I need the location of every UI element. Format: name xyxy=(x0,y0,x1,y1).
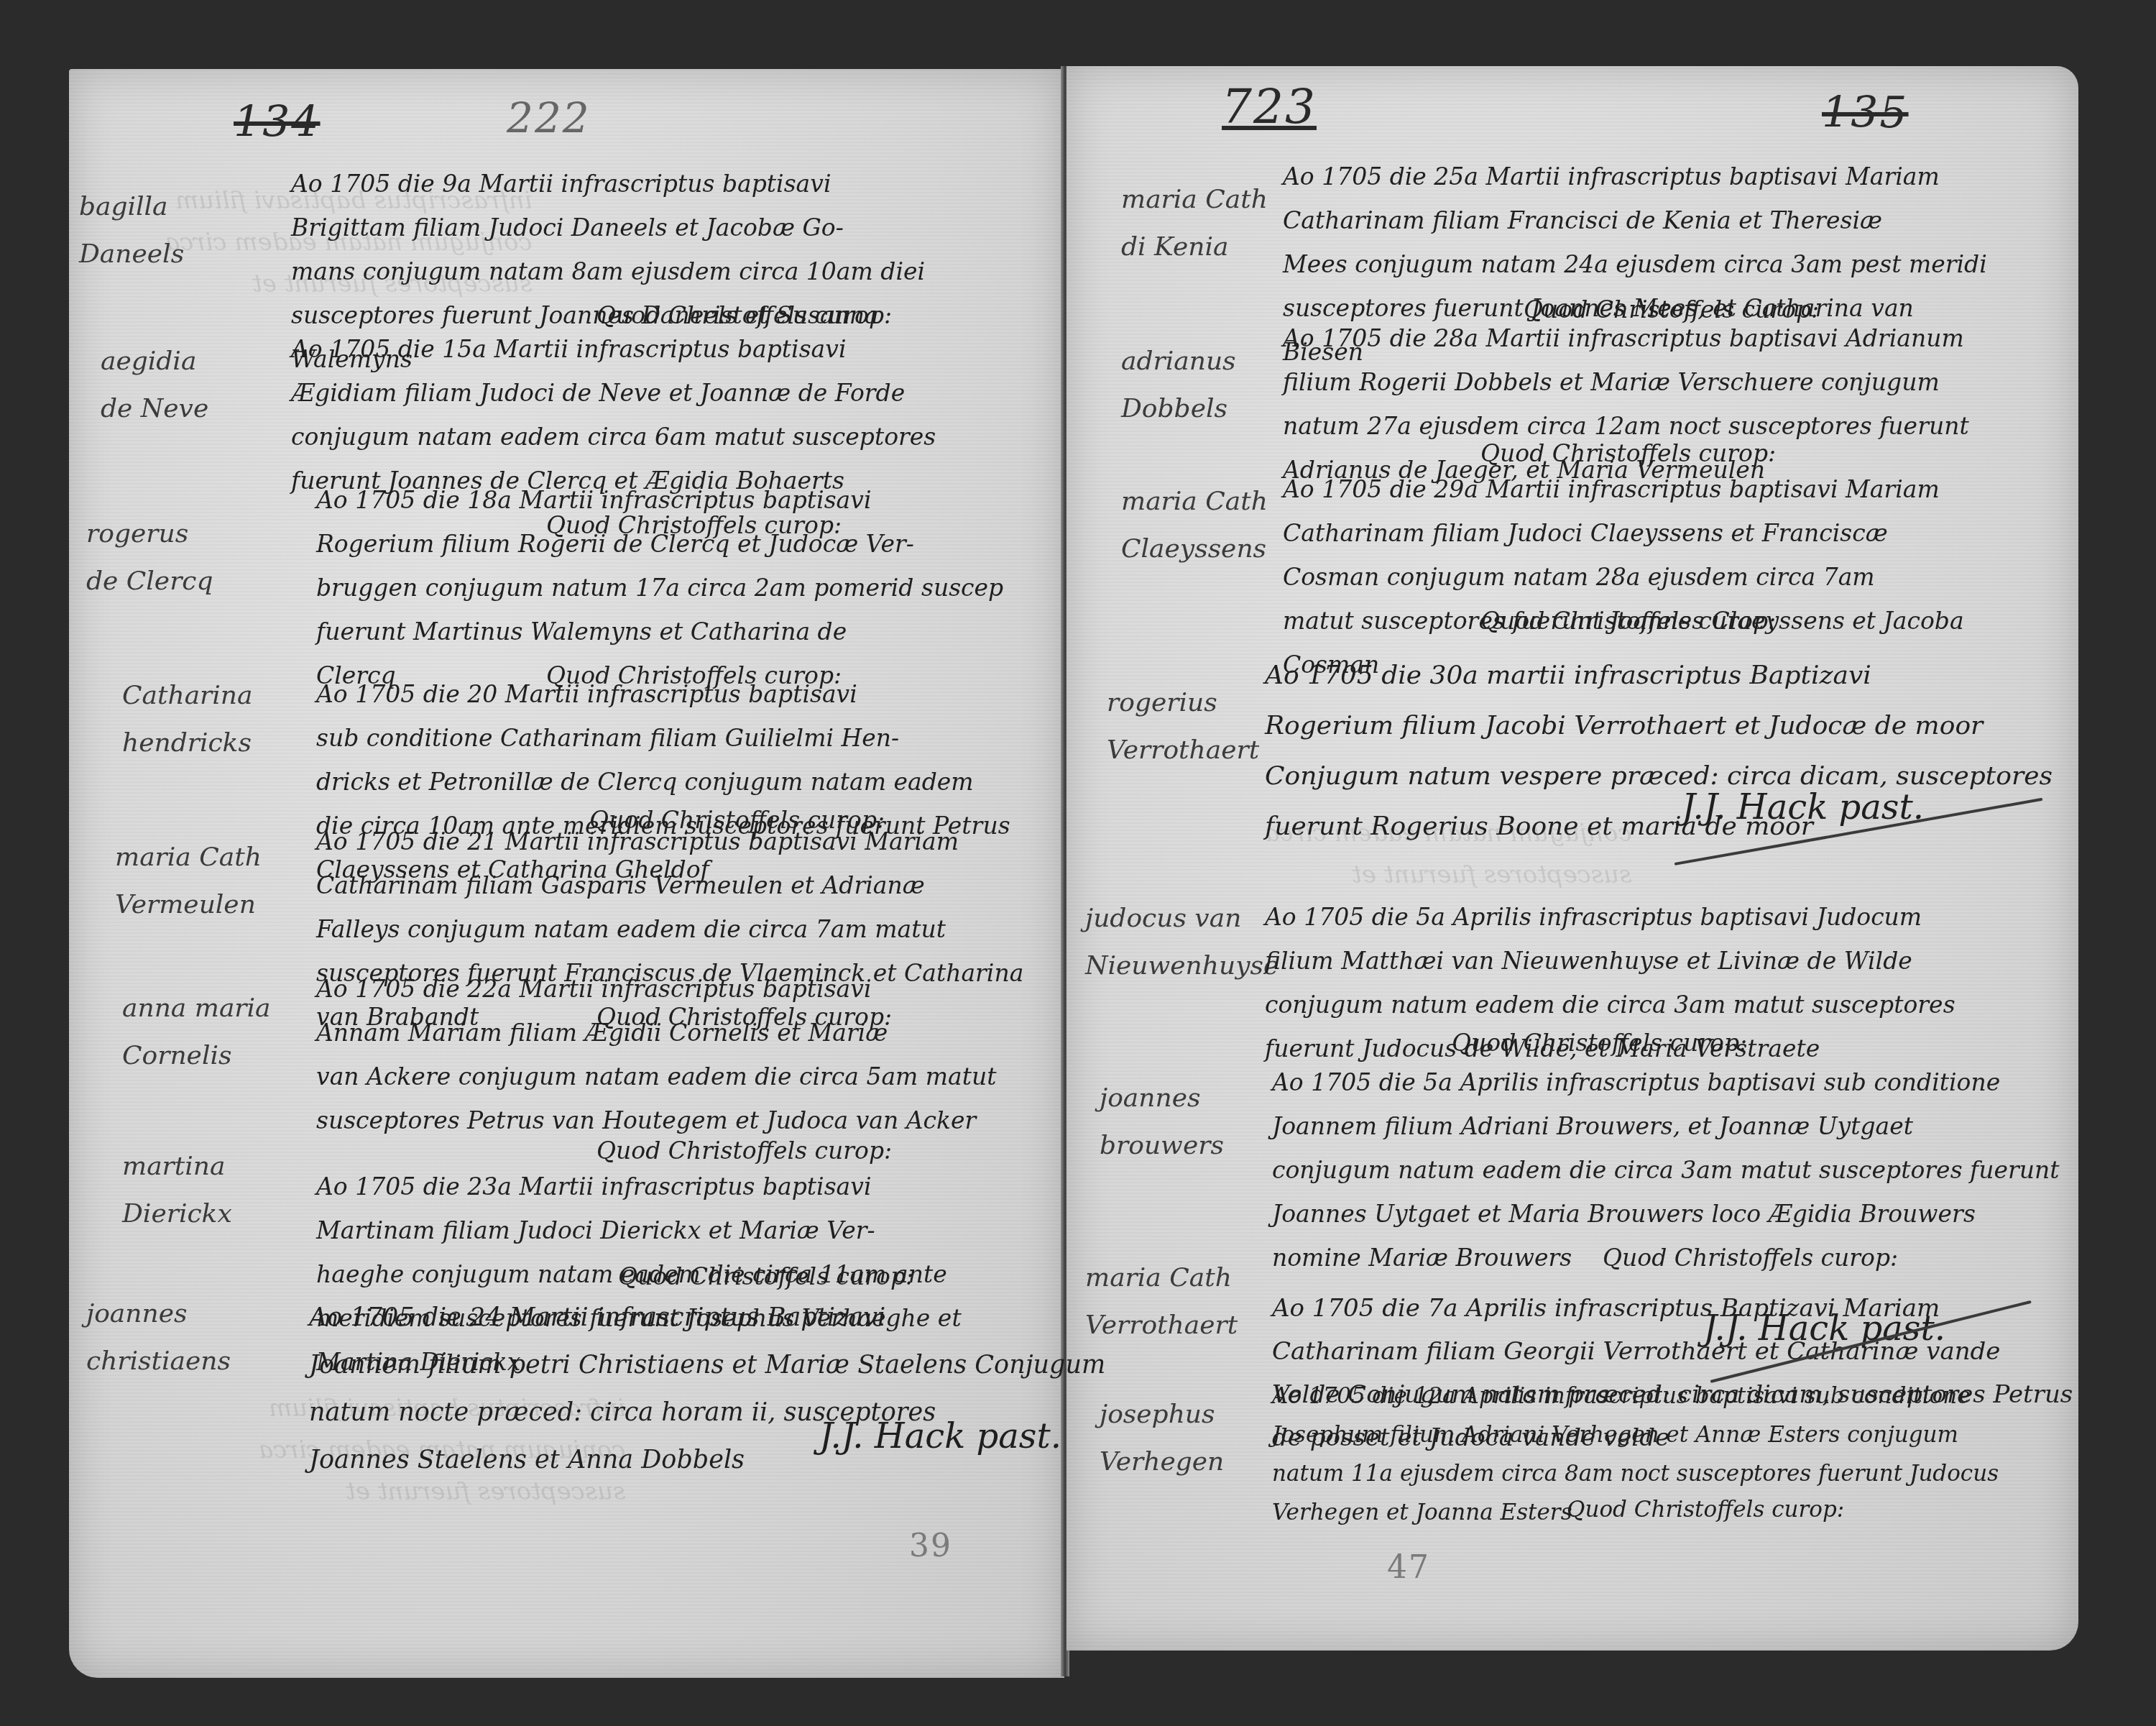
entry-line: Joannem filium Adriani Brouwers, et Joan… xyxy=(1272,1104,2060,1148)
entry-line: Josephum filium Adriani Verhegen et Annæ… xyxy=(1272,1415,1999,1454)
entry-line: fuerunt Rogerius Boone et maria de moor xyxy=(1265,802,2053,852)
entry-line: Ao 1705 die 5a Aprilis infrascriptus bap… xyxy=(1272,1060,2060,1104)
margin-name: maria Cath Claeyssens xyxy=(1121,478,1286,573)
margin-given-name: maria Cath xyxy=(1085,1254,1250,1302)
margin-name: anna maria Cornelis xyxy=(122,985,287,1080)
entry-signature: Quod Christoffels curop: xyxy=(1452,1021,1747,1065)
pastor-signature: J.J. Hack past. xyxy=(1703,1308,1945,1349)
entry-line: natum 11a ejusdem circa 8am noct suscept… xyxy=(1272,1454,1999,1493)
folio-number-struck-left: 134 xyxy=(234,97,321,147)
margin-given-name: maria Cath xyxy=(1121,176,1286,224)
margin-given-name: adrianus xyxy=(1121,338,1286,385)
entry-line: Catharinam filiam Georgii Verrothaert et… xyxy=(1272,1330,2073,1373)
margin-name: Catharina hendricks xyxy=(122,672,287,767)
entry-line: Ao 1705 die 23a Martii infrascriptus bap… xyxy=(316,1165,962,1208)
margin-surname: Verhegen xyxy=(1100,1438,1265,1486)
entry-line: Ao 1705 die 21 Martii infrascriptus bapt… xyxy=(316,820,1023,863)
margin-surname: Verrothaert xyxy=(1085,1302,1250,1349)
baptism-entry: Ao 1705 die 22a Martii infrascriptus bap… xyxy=(316,967,997,1142)
entry-line: Joannem filium petri Christiaens et Mari… xyxy=(309,1341,1105,1389)
entry-line: sub conditione Catharinam filiam Guiliel… xyxy=(316,716,1010,760)
margin-given-name: judocus van xyxy=(1085,895,1250,942)
margin-surname: di Kenia xyxy=(1121,224,1286,271)
margin-name: rogerius Verrothaert xyxy=(1107,679,1272,774)
margin-name: aegidia de Neve xyxy=(101,338,266,433)
margin-surname: hendricks xyxy=(122,720,287,767)
margin-given-name: rogerus xyxy=(86,510,252,558)
entry-line: filium Rogerii Dobbels et Mariæ Verschue… xyxy=(1283,360,1969,404)
entry-line: Ao 1705 die 20 Martii infrascriptus bapt… xyxy=(316,672,1010,716)
folio-number-right: 723 xyxy=(1222,79,1317,134)
entry-line: conjugum natam eadem circa 6am matut sus… xyxy=(291,415,936,459)
entry-line: Ao 1705 die 30a martii infrascriptus Bap… xyxy=(1265,651,2053,701)
margin-name: judocus van Nieuwenhuyse xyxy=(1085,895,1250,990)
pastor-signature: J.J. Hack past. xyxy=(1682,787,1924,827)
margin-name: bagilla Daneels xyxy=(79,183,244,278)
margin-name: adrianus Dobbels xyxy=(1121,338,1286,433)
entry-line: Rogerium filium Jacobi Verrothaert et Ju… xyxy=(1265,701,2053,751)
folio-number-old-left: 222 xyxy=(507,93,591,142)
entry-line: mans conjugum natam 8am ejusdem circa 10… xyxy=(291,249,925,293)
entry-signature: Quod Christoffels curop: xyxy=(618,1254,913,1298)
margin-surname: Daneels xyxy=(79,231,244,278)
entry-line: Catharinam filiam Gasparis Vermeulen et … xyxy=(316,863,1023,907)
margin-surname: Vermeulen xyxy=(115,881,280,929)
entry-line: filium Matthæi van Nieuwenhuyse et Livin… xyxy=(1265,939,1955,983)
pencil-number-right: 47 xyxy=(1387,1549,1430,1586)
margin-name: maria Cath Vermeulen xyxy=(115,834,280,929)
margin-surname: de Neve xyxy=(101,385,266,433)
entry-line: Ao 1705 die 22a Martii infrascriptus bap… xyxy=(316,967,997,1011)
entry-line: Rogerium filium Rogerii de Clercq et Jud… xyxy=(316,522,1003,566)
margin-name: joannes christiaens xyxy=(86,1290,252,1385)
entry-line: dricks et Petronillæ de Clercq conjugum … xyxy=(316,760,1010,804)
margin-surname: christiaens xyxy=(86,1338,252,1385)
margin-given-name: aegidia xyxy=(101,338,266,385)
margin-surname: Dobbels xyxy=(1121,385,1286,433)
margin-surname: Verrothaert xyxy=(1107,727,1272,774)
pencil-number-left: 39 xyxy=(909,1528,952,1564)
margin-surname: Claeyssens xyxy=(1121,525,1286,573)
margin-surname: de Clercq xyxy=(86,558,252,605)
margin-given-name: joannes xyxy=(86,1290,252,1338)
entry-line: van Ackere conjugum natam eadem die circ… xyxy=(316,1055,997,1098)
baptism-entry: Ao 1705 die 30a martii infrascriptus Bap… xyxy=(1265,651,2053,852)
margin-name: rogerus de Clercq xyxy=(86,510,252,605)
margin-given-name: bagilla xyxy=(79,183,244,231)
margin-given-name: joannes xyxy=(1100,1075,1265,1122)
entry-line: Ao 1705 die 15a Martii infrascriptus bap… xyxy=(291,327,936,371)
margin-given-name: martina xyxy=(122,1143,287,1190)
entry-line: Catharinam filiam Judoci Claeyssens et F… xyxy=(1283,511,1964,555)
entry-line: Ao 1705 die 25a Martii infrascriptus bap… xyxy=(1283,155,1987,198)
margin-name: maria Cath di Kenia xyxy=(1121,176,1286,271)
margin-given-name: rogerius xyxy=(1107,679,1272,727)
entry-line: Annam Mariam filiam Ægidii Cornelis et M… xyxy=(316,1011,997,1055)
margin-given-name: maria Cath xyxy=(1121,478,1286,525)
entry-line: conjugum natum eadem die circa 3am matut… xyxy=(1265,983,1955,1027)
margin-surname: Nieuwenhuyse xyxy=(1085,942,1250,990)
entry-signature: Quod Christoffels curop: xyxy=(1480,599,1776,643)
margin-name: joannes brouwers xyxy=(1100,1075,1265,1170)
entry-line: Ægidiam filiam Judoci de Neve et Joannæ … xyxy=(291,371,936,415)
entry-line: Ao 1705 die 9a Martii infrascriptus bapt… xyxy=(291,162,925,206)
entry-line: Conjugum natum vespere præced: circa dic… xyxy=(1265,751,2053,802)
entry-line: Cosman conjugum natam 28a ejusdem circa … xyxy=(1283,555,1964,599)
entry-line: Catharinam filiam Francisci de Kenia et … xyxy=(1283,198,1987,242)
entry-line: Ao 1705 die 29a Martii infrascriptus bap… xyxy=(1283,467,1964,511)
margin-given-name: anna maria xyxy=(122,985,287,1032)
entry-line: conjugum natum eadem die circa 3am matut… xyxy=(1272,1148,2060,1192)
entry-line: Ao 1705 die 12a Aprilis infrascriptus ba… xyxy=(1272,1377,1999,1415)
entry-line: Ao 1705 die 18a Martii infrascriptus bap… xyxy=(316,478,1003,522)
entry-signature: Quod Christoffels curop: xyxy=(1567,1488,1844,1532)
entry-line: Ao 1705 die 24 Martii infrascriptus Bapt… xyxy=(309,1294,1105,1341)
margin-surname: brouwers xyxy=(1100,1122,1265,1170)
margin-given-name: josephus xyxy=(1100,1391,1265,1438)
margin-name: martina Dierickx xyxy=(122,1143,287,1238)
entry-line: Ao 1705 die 28a Martii infrascriptus bap… xyxy=(1283,316,1969,360)
entry-line: Martinam filiam Judoci Dierickx et Mariæ… xyxy=(316,1208,962,1252)
baptism-entry: Ao 1705 die 15a Martii infrascriptus bap… xyxy=(291,327,936,502)
entry-line: Falleys conjugum natam eadem die circa 7… xyxy=(316,907,1023,951)
entry-line: Ao 1705 die 5a Aprilis infrascriptus bap… xyxy=(1265,895,1955,939)
margin-given-name: Catharina xyxy=(122,672,287,720)
margin-name: maria Cath Verrothaert xyxy=(1085,1254,1250,1349)
entry-line: Mees conjugum natam 24a ejusdem circa 3a… xyxy=(1283,242,1987,286)
entry-signature: Quod Christoffels curop: xyxy=(1603,1236,1898,1280)
entry-line: fuerunt Martinus Walemyns et Catharina d… xyxy=(316,610,1003,653)
folio-number-struck-right: 135 xyxy=(1822,88,1909,138)
entry-line: Joannes Uytgaet et Maria Brouwers loco Æ… xyxy=(1272,1192,2060,1236)
entry-line: Ao 1705 die 7a Aprilis infrascriptus Bap… xyxy=(1272,1287,2073,1330)
margin-surname: Cornelis xyxy=(122,1032,287,1080)
margin-name: josephus Verhegen xyxy=(1100,1391,1265,1486)
margin-given-name: maria Cath xyxy=(115,834,280,881)
entry-line: Brigittam filiam Judoci Daneels et Jacob… xyxy=(291,206,925,249)
margin-surname: Dierickx xyxy=(122,1190,287,1238)
pastor-signature: J.J. Hack past. xyxy=(819,1416,1061,1456)
entry-line: bruggen conjugum natum 17a circa 2am pom… xyxy=(316,566,1003,610)
